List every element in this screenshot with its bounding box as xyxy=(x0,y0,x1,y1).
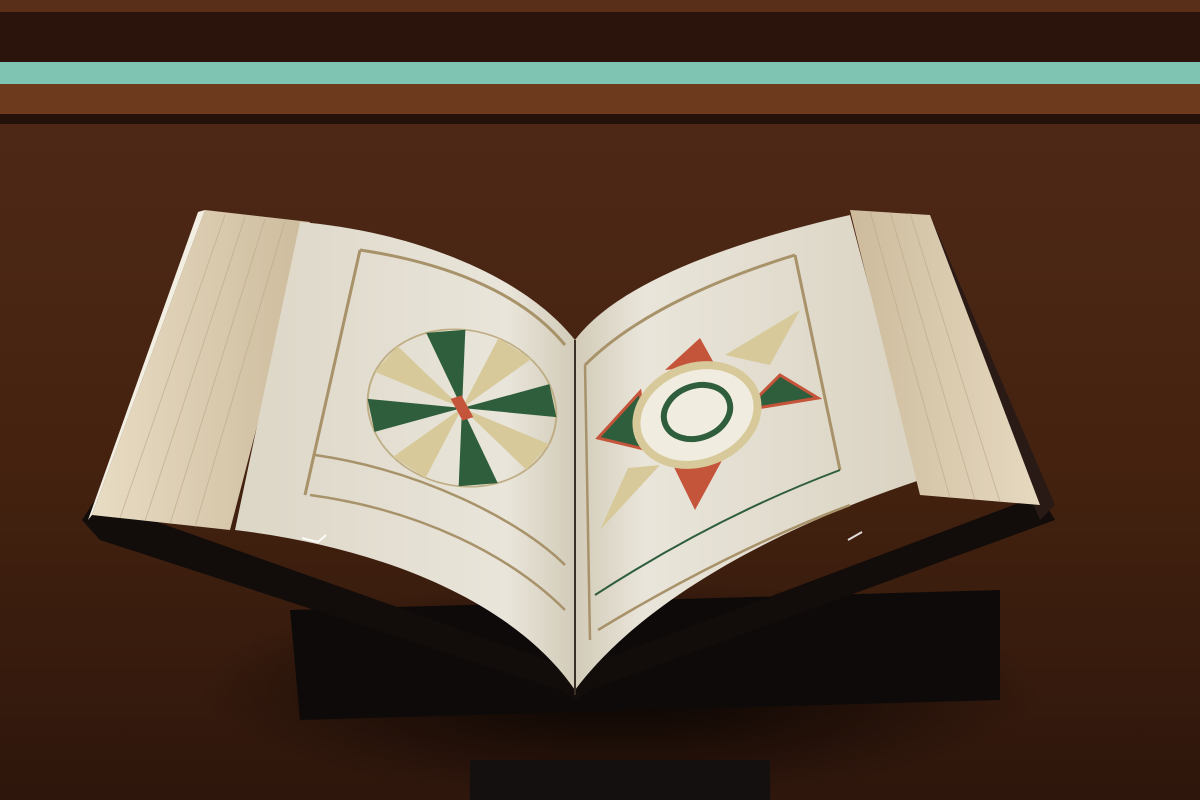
background-wall xyxy=(0,0,1200,124)
manuscript-photo xyxy=(0,0,1200,800)
photo-scene: Open manuscript showing a geometric whee… xyxy=(0,0,1200,800)
